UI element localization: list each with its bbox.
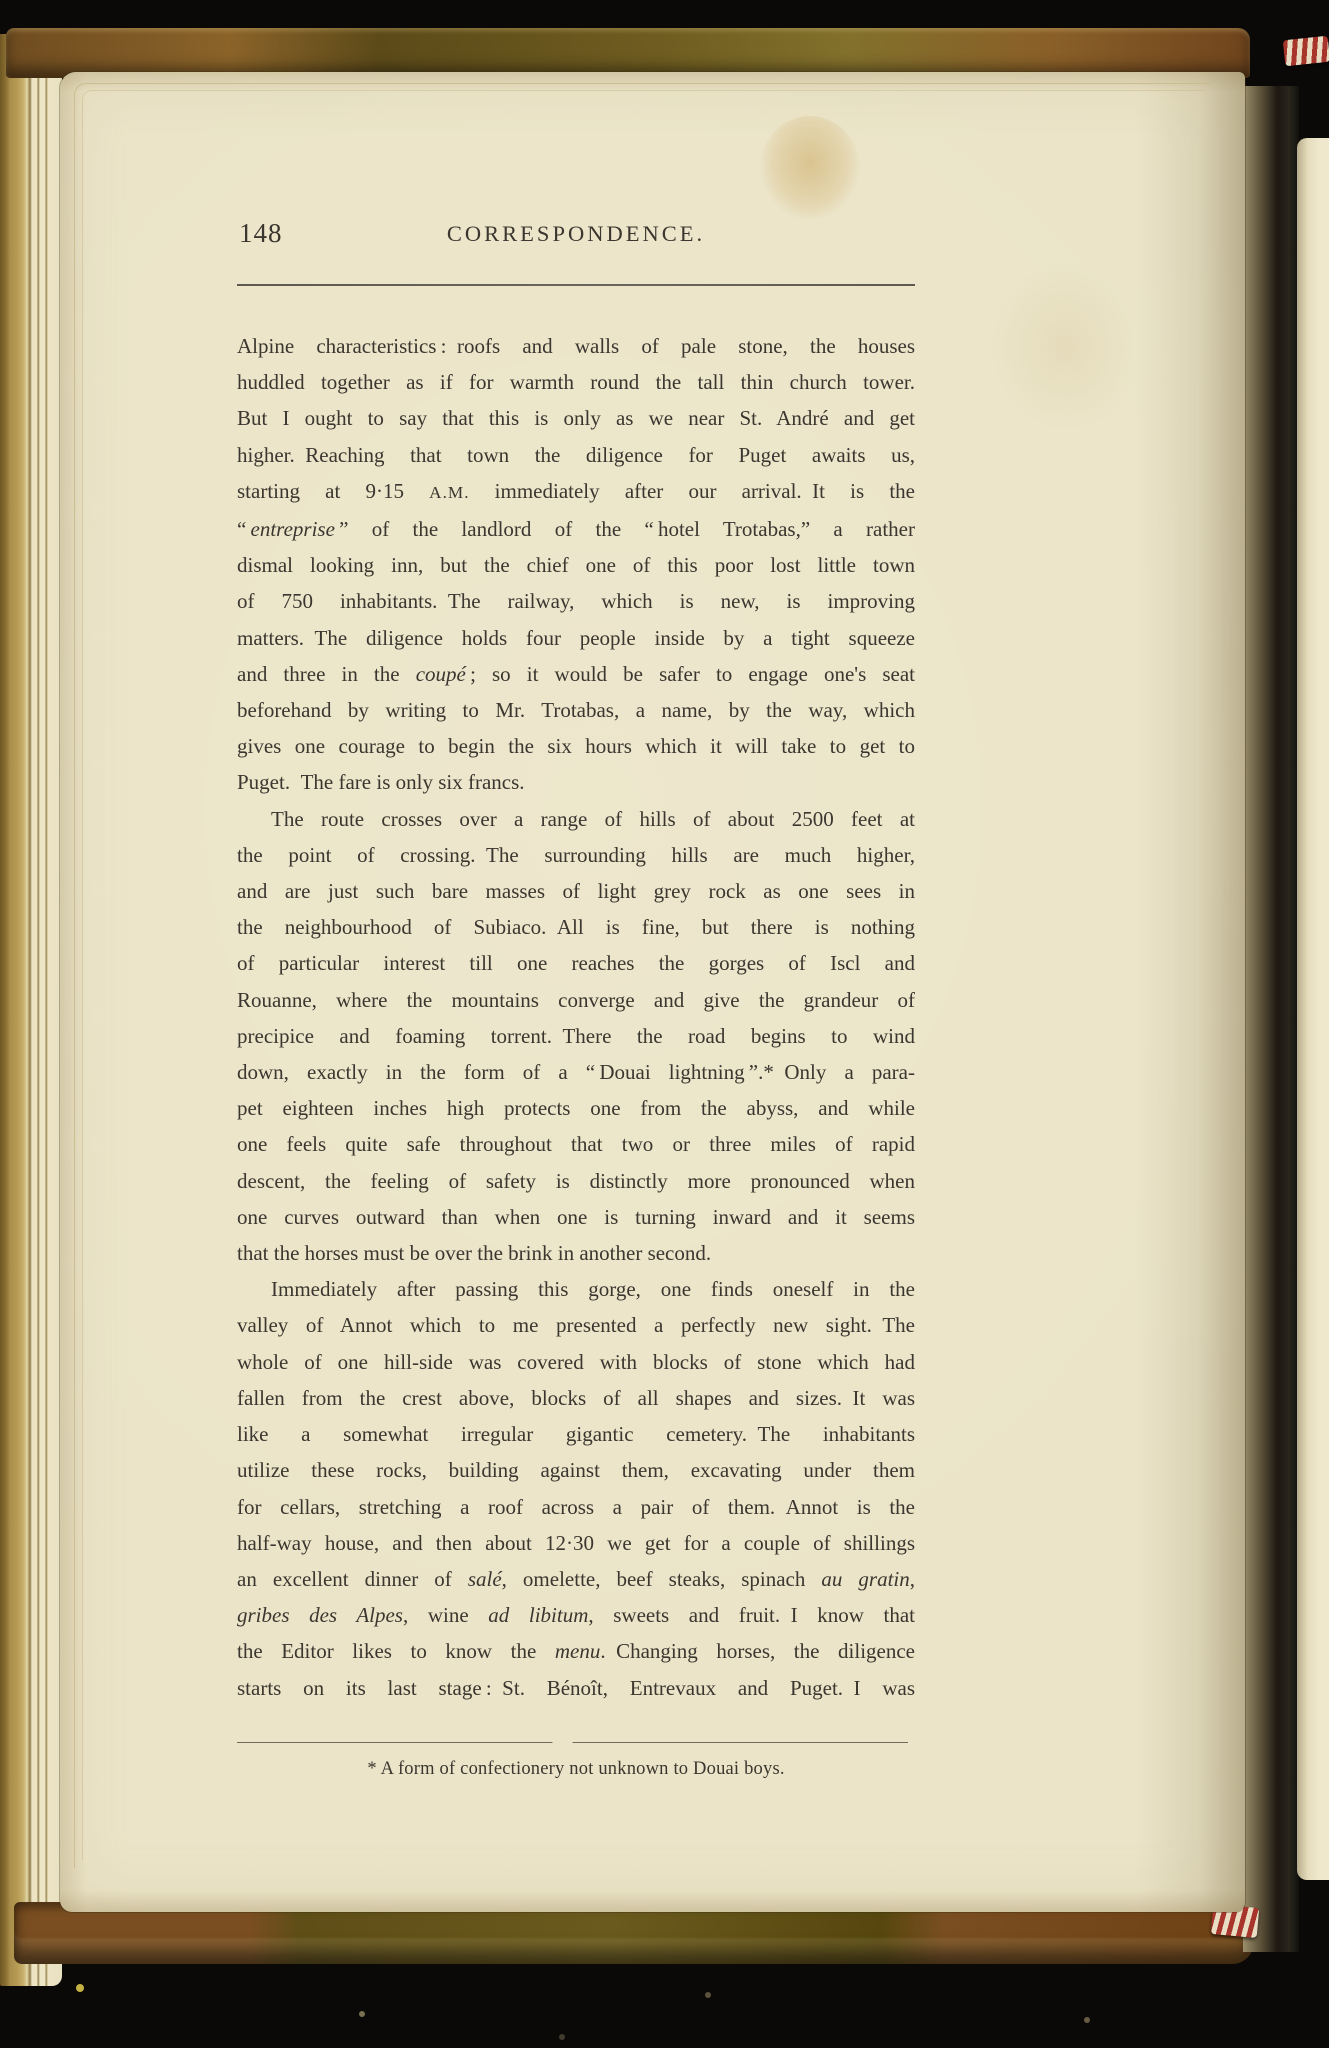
text-segment: higher. Reaching that town the diligence… [237, 443, 915, 467]
italic-text: ad libitum [488, 1603, 588, 1627]
text-line: that the horses must be over the brink i… [237, 1235, 915, 1271]
facing-page-edge [1297, 138, 1329, 1880]
text-line: starts on its last stage : St. Bénoît, E… [237, 1670, 915, 1706]
header-rule [237, 284, 915, 286]
text-segment: dismal looking inn, but the chief one of… [237, 553, 915, 577]
paper-stain [760, 116, 860, 220]
text-line: half-way house, and then about 12·30 we … [237, 1525, 915, 1561]
book-cover-top-edge [6, 28, 1250, 78]
text-line: the neighbourhood of Subiaco. All is fin… [237, 909, 915, 945]
text-line: the Editor likes to know the menu. Chang… [237, 1633, 915, 1669]
text-line: the point of crossing. The surrounding h… [237, 837, 915, 873]
text-line: Rouanne, where the mountains converge an… [237, 982, 915, 1018]
text-segment: fallen from the crest above, blocks of a… [237, 1386, 915, 1410]
paragraph: Alpine characteristics : roofs and walls… [237, 328, 915, 801]
paragraph: The route crosses over a range of hills … [237, 801, 915, 1272]
page-number: 148 [239, 218, 283, 249]
text-segment: pet eighteen inches high protects one fr… [237, 1096, 915, 1120]
text-segment: of particular interest till one reaches … [237, 951, 915, 975]
text-segment: utilize these rocks, building against th… [237, 1458, 915, 1482]
book-scan-scene: 148 CORRESPONDENCE. Alpine characteristi… [0, 0, 1329, 2048]
dust-specks [0, 0, 4, 4]
small-caps-text: A.M. [429, 483, 469, 502]
printed-text-block: 148 CORRESPONDENCE. Alpine characteristi… [237, 218, 915, 1780]
text-line: Immediately after passing this gorge, on… [237, 1271, 915, 1307]
text-segment: gives one courage to begin the six hours… [237, 734, 915, 758]
text-segment: whole of one hill-side was covered with … [237, 1350, 915, 1374]
text-segment: ; so it would be safer to engage one's s… [466, 662, 915, 686]
text-line: utilize these rocks, building against th… [237, 1452, 915, 1488]
text-segment: beforehand by writing to Mr. Trotabas, a… [237, 698, 915, 722]
text-segment: ” of the landlord of the “ hotel Trotaba… [335, 517, 915, 541]
text-line: dismal looking inn, but the chief one of… [237, 547, 915, 583]
text-segment: of 750 inhabitants. The railway, which i… [237, 589, 915, 613]
text-line: huddled together as if for warmth round … [237, 364, 915, 400]
text-segment: “ [237, 517, 251, 541]
text-line: “ entreprise ” of the landlord of the “ … [237, 511, 915, 547]
text-line: gribes des Alpes, wine ad libitum, sweet… [237, 1597, 915, 1633]
text-line: like a somewhat irregular gigantic cemet… [237, 1416, 915, 1452]
italic-text: salé [468, 1567, 502, 1591]
text-segment: an excellent dinner of [237, 1567, 468, 1591]
text-line: Puget. The fare is only six francs. [237, 764, 915, 800]
text-line: beforehand by writing to Mr. Trotabas, a… [237, 692, 915, 728]
text-line: for cellars, stretching a roof across a … [237, 1489, 915, 1525]
text-line: one feels quite safe throughout that two… [237, 1126, 915, 1162]
text-segment: precipice and foaming torrent. There the… [237, 1024, 915, 1048]
text-line: of 750 inhabitants. The railway, which i… [237, 583, 915, 619]
headband-top [1283, 36, 1329, 67]
text-segment: matters. The diligence holds four people… [237, 626, 915, 650]
gutter-shadow [1243, 86, 1299, 1952]
text-segment: for cellars, stretching a roof across a … [237, 1495, 915, 1519]
text-segment: down, exactly in the form of a “ Douai l… [237, 1060, 915, 1084]
text-line: pet eighteen inches high protects one fr… [237, 1090, 915, 1126]
text-segment: descent, the feeling of safety is distin… [237, 1169, 915, 1193]
text-segment: one feels quite safe throughout that two… [237, 1132, 915, 1156]
text-line: down, exactly in the form of a “ Douai l… [237, 1054, 915, 1090]
text-line: gives one courage to begin the six hours… [237, 728, 915, 764]
running-head: CORRESPONDENCE. [447, 221, 705, 247]
footnote-rule [237, 1742, 908, 1744]
text-line: The route crosses over a range of hills … [237, 801, 915, 837]
text-line: valley of Annot which to me presented a … [237, 1307, 915, 1343]
italic-text: gribes des Alpes [237, 1603, 403, 1627]
footnote: * A form of confectionery not unknown to… [237, 1759, 915, 1780]
italic-text: coupé [416, 662, 466, 686]
text-segment: Rouanne, where the mountains converge an… [237, 988, 915, 1012]
text-segment: Alpine characteristics : roofs and walls… [237, 334, 915, 358]
text-segment: valley of Annot which to me presented a … [237, 1313, 915, 1337]
paragraph: Immediately after passing this gorge, on… [237, 1271, 915, 1705]
text-segment: , sweets and fruit. I know that [588, 1603, 915, 1627]
text-segment: huddled together as if for warmth round … [237, 370, 915, 394]
text-segment: . Changing horses, the diligence [600, 1639, 915, 1663]
text-segment: and three in the [237, 662, 416, 686]
text-line: one curves outward than when one is turn… [237, 1199, 915, 1235]
text-segment: the Editor likes to know the [237, 1639, 555, 1663]
text-segment: like a somewhat irregular gigantic cemet… [237, 1422, 915, 1446]
text-segment: that the horses must be over the brink i… [237, 1241, 711, 1265]
text-line: Alpine characteristics : roofs and walls… [237, 328, 915, 364]
text-segment: one curves outward than when one is turn… [237, 1205, 915, 1229]
text-line: descent, the feeling of safety is distin… [237, 1163, 915, 1199]
text-segment: the point of crossing. The surrounding h… [237, 843, 915, 867]
paper-stain [990, 262, 1140, 432]
text-segment: the neighbourhood of Subiaco. All is fin… [237, 915, 915, 939]
text-segment: starts on its last stage : St. Bénoît, E… [237, 1676, 915, 1700]
text-segment: immediately after our arrival. It is the [470, 479, 916, 503]
text-line: of particular interest till one reaches … [237, 945, 915, 981]
text-line: matters. The diligence holds four people… [237, 620, 915, 656]
text-line: precipice and foaming torrent. There the… [237, 1018, 915, 1054]
text-segment: , [910, 1567, 915, 1591]
body-text: Alpine characteristics : roofs and walls… [237, 328, 915, 1706]
text-segment: starting at 9·15 [237, 479, 429, 503]
text-segment: But I ought to say that this is only as … [237, 406, 915, 430]
text-line: starting at 9·15 A.M. immediately after … [237, 473, 915, 511]
text-line: and three in the coupé ; so it would be … [237, 656, 915, 692]
italic-text: entreprise [251, 517, 335, 541]
italic-text: menu [555, 1639, 601, 1663]
text-line: higher. Reaching that town the diligence… [237, 437, 915, 473]
text-segment: and are just such bare masses of light g… [237, 879, 915, 903]
text-segment: The route crosses over a range of hills … [271, 807, 915, 831]
text-line: an excellent dinner of salé, omelette, b… [237, 1561, 915, 1597]
text-segment: Puget. The fare is only six francs. [237, 770, 525, 794]
text-segment: , omelette, beef steaks, spinach [502, 1567, 822, 1591]
text-segment: , wine [403, 1603, 488, 1627]
italic-text: au gratin [821, 1567, 909, 1591]
left-page-edges [0, 34, 62, 1986]
text-line: fallen from the crest above, blocks of a… [237, 1380, 915, 1416]
text-line: and are just such bare masses of light g… [237, 873, 915, 909]
page-header: 148 CORRESPONDENCE. [237, 218, 915, 248]
text-segment: half-way house, and then about 12·30 we … [237, 1531, 915, 1555]
text-segment: Immediately after passing this gorge, on… [271, 1277, 915, 1301]
text-line: But I ought to say that this is only as … [237, 400, 915, 436]
text-line: whole of one hill-side was covered with … [237, 1344, 915, 1380]
